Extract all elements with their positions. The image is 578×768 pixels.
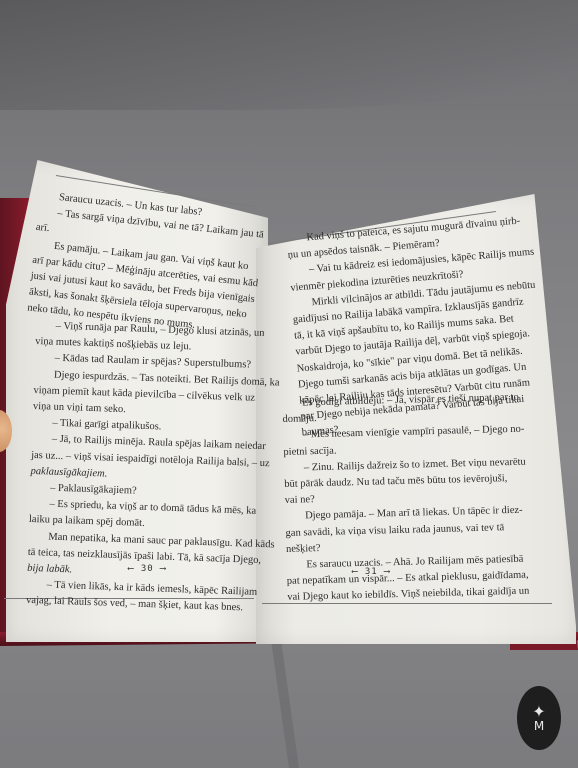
right-page-number: ⟵ 31 ⟶ [352, 567, 391, 577]
left-page-text: Saraucu uzacis. – Un kas tur labs? – Tas… [26, 188, 266, 341]
right-page-text-lower: Es godīgi atbildēju: – Jā, vispār es tie… [282, 390, 530, 607]
left-page-number: ⟵ 30 ⟶ [128, 564, 167, 574]
watermark-letter: M [534, 720, 544, 732]
sofa-cushion-seam [271, 640, 299, 768]
italic-word: bija labāk. [27, 563, 72, 576]
sofa-backrest [0, 0, 578, 110]
diamond-cross-emblem-icon: ✦ [532, 704, 545, 720]
italic-word: paklausīgākajiem. [30, 466, 107, 480]
watermark-badge: ✦ M [517, 686, 561, 750]
